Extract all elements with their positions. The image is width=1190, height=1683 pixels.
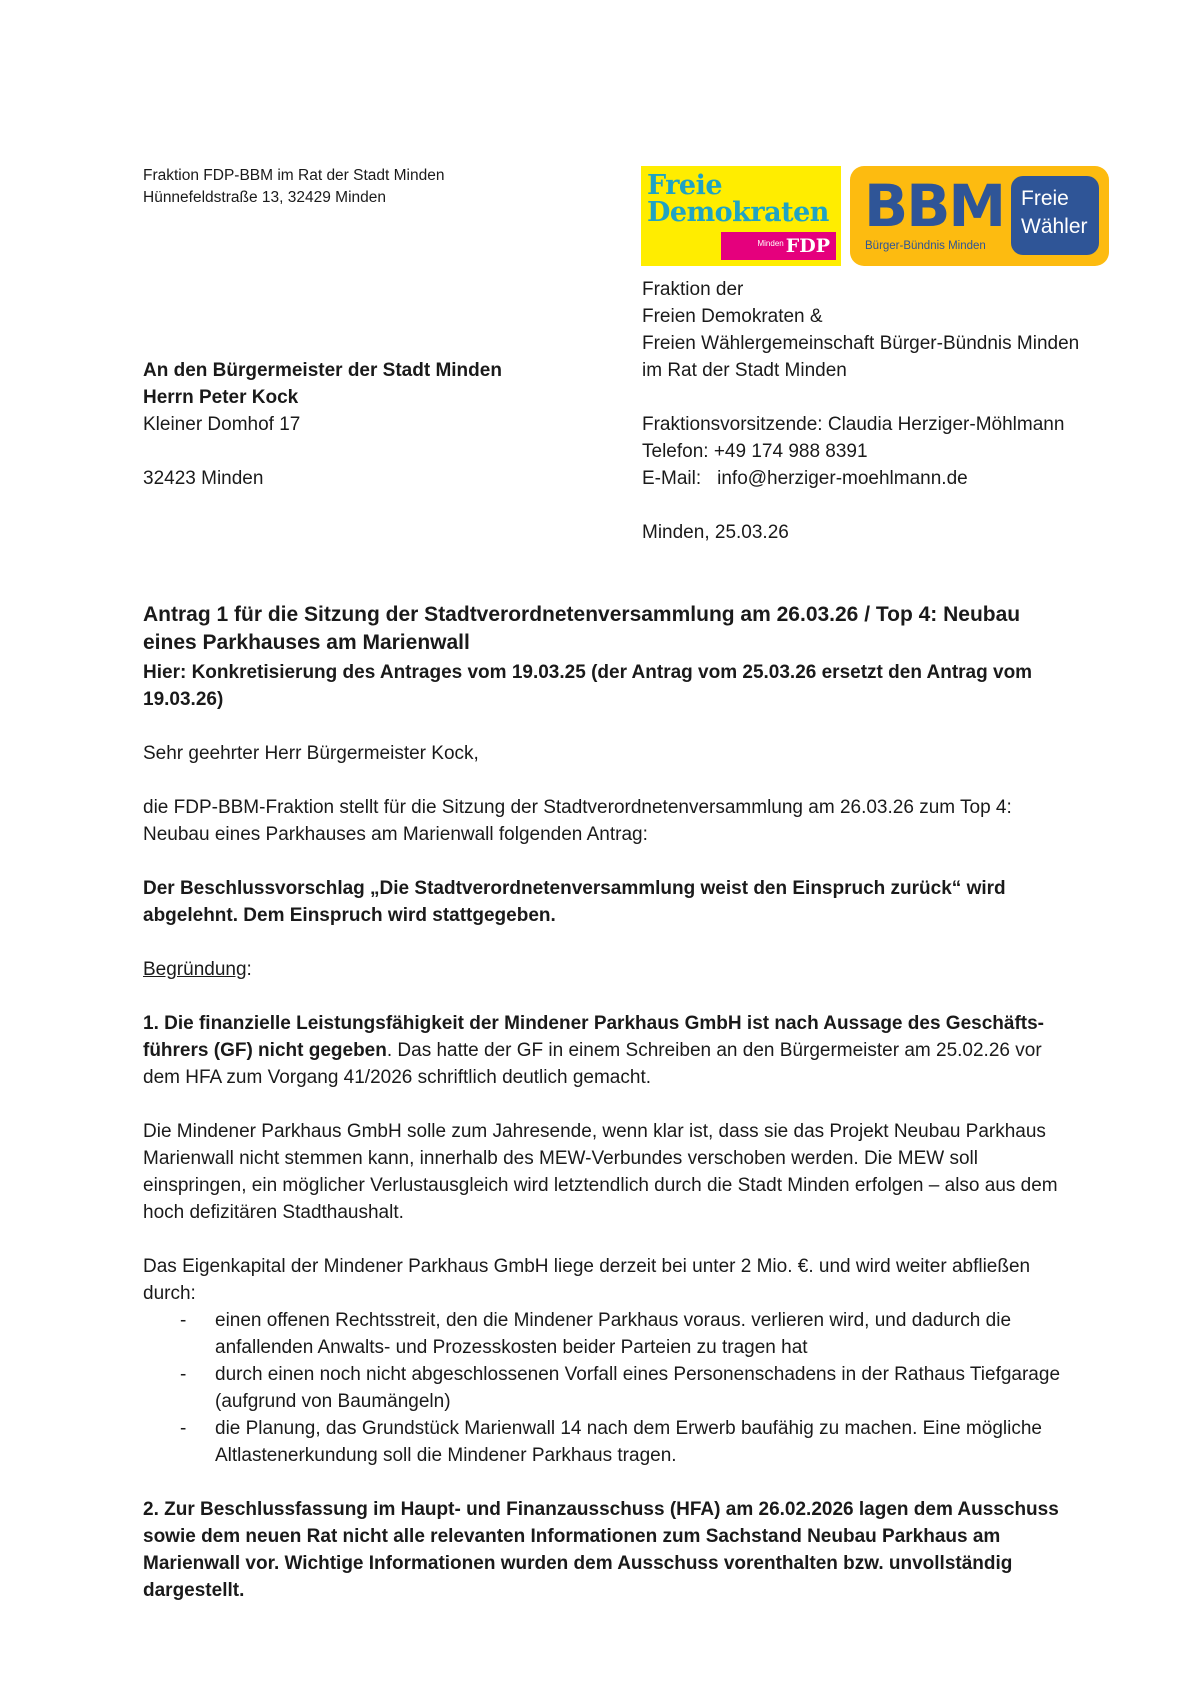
fdp-logo-tag: MindenFDP [721, 232, 836, 260]
paragraph-mew: Die Mindener Parkhaus GmbH solle zum Jah… [143, 1118, 1068, 1226]
place-date: Minden, 25.03.26 [642, 519, 789, 546]
reason-heading-text: Begründung [143, 959, 247, 980]
intro-paragraph: die FDP-BBM-Fraktion stellt für die Sitz… [143, 794, 1068, 848]
email-label: E-Mail: [642, 468, 701, 489]
email-link[interactable]: info@herziger-moehlmann.de [717, 468, 968, 489]
paragraph-equity: Das Eigenkapital der Mindener Parkhaus G… [143, 1253, 1068, 1307]
list-item: einen offenen Rechtsstreit, den die Mind… [143, 1307, 1068, 1361]
recipient-line-1: An den Bürgermeister der Stadt Minden [143, 357, 502, 384]
faction-chair: Fraktionsvorsitzende: Claudia Herziger-M… [642, 411, 1064, 438]
faction-line-2: Freien Demokraten & [642, 303, 823, 330]
point-1: 1. Die finanzielle Leistungsfähigkeit de… [143, 1010, 1068, 1091]
fdp-logo-line-1: Freie [647, 172, 722, 199]
fdp-logo-tag-big: FDP [786, 235, 830, 257]
subject-subtitle: Hier: Konkretisierung des Antrages vom 1… [143, 659, 1073, 713]
salutation: Sehr geehrter Herr Bürgermeister Kock, [143, 740, 1063, 767]
fdp-logo-tag-small: Minden [757, 239, 783, 248]
reason-heading-colon: : [247, 959, 252, 980]
faction-phone: Telefon: +49 174 988 8391 [642, 438, 868, 465]
recipient-name: Herrn Peter Kock [143, 384, 298, 411]
bbm-logo: BBM Bürger-Bündnis Minden Freie Wähler [850, 166, 1109, 266]
reason-heading: Begründung: [143, 956, 1063, 983]
sender-line-1: Fraktion FDP-BBM im Rat der Stadt Minden [143, 165, 445, 187]
list-item: durch einen noch nicht abgeschlossenen V… [143, 1361, 1068, 1415]
sender-address: Hünnefeldstraße 13, 32429 Minden [143, 187, 386, 209]
subject-title: Antrag 1 für die Sitzung der Stadtverord… [143, 601, 1073, 657]
list-item: die Planung, das Grundstück Marienwall 1… [143, 1415, 1068, 1469]
badge-line-1: Freie [1021, 185, 1099, 213]
motion-paragraph: Der Beschlussvorschlag „Die Stadtverordn… [143, 875, 1068, 929]
fdp-logo: Freie Demokraten MindenFDP [641, 166, 841, 266]
bbm-logo-subtitle: Bürger-Bündnis Minden [865, 240, 986, 252]
recipient-street: Kleiner Domhof 17 [143, 411, 300, 438]
faction-line-3: Freien Wählergemeinschaft Bürger-Bündnis… [642, 330, 1079, 357]
badge-line-2: Wähler [1021, 213, 1099, 241]
faction-line-1: Fraktion der [642, 276, 743, 303]
faction-line-4: im Rat der Stadt Minden [642, 357, 847, 384]
recipient-city: 32423 Minden [143, 465, 263, 492]
faction-email-row: E-Mail:info@herziger-moehlmann.de [642, 465, 968, 492]
equity-bullet-list: einen offenen Rechtsstreit, den die Mind… [143, 1307, 1068, 1469]
point-2: 2. Zur Beschlussfassung im Haupt- und Fi… [143, 1496, 1068, 1604]
fdp-logo-line-2: Demokraten [647, 199, 829, 226]
bbm-logo-wordmark: BBM [864, 174, 1004, 238]
freie-waehler-badge: Freie Wähler [1011, 176, 1099, 255]
